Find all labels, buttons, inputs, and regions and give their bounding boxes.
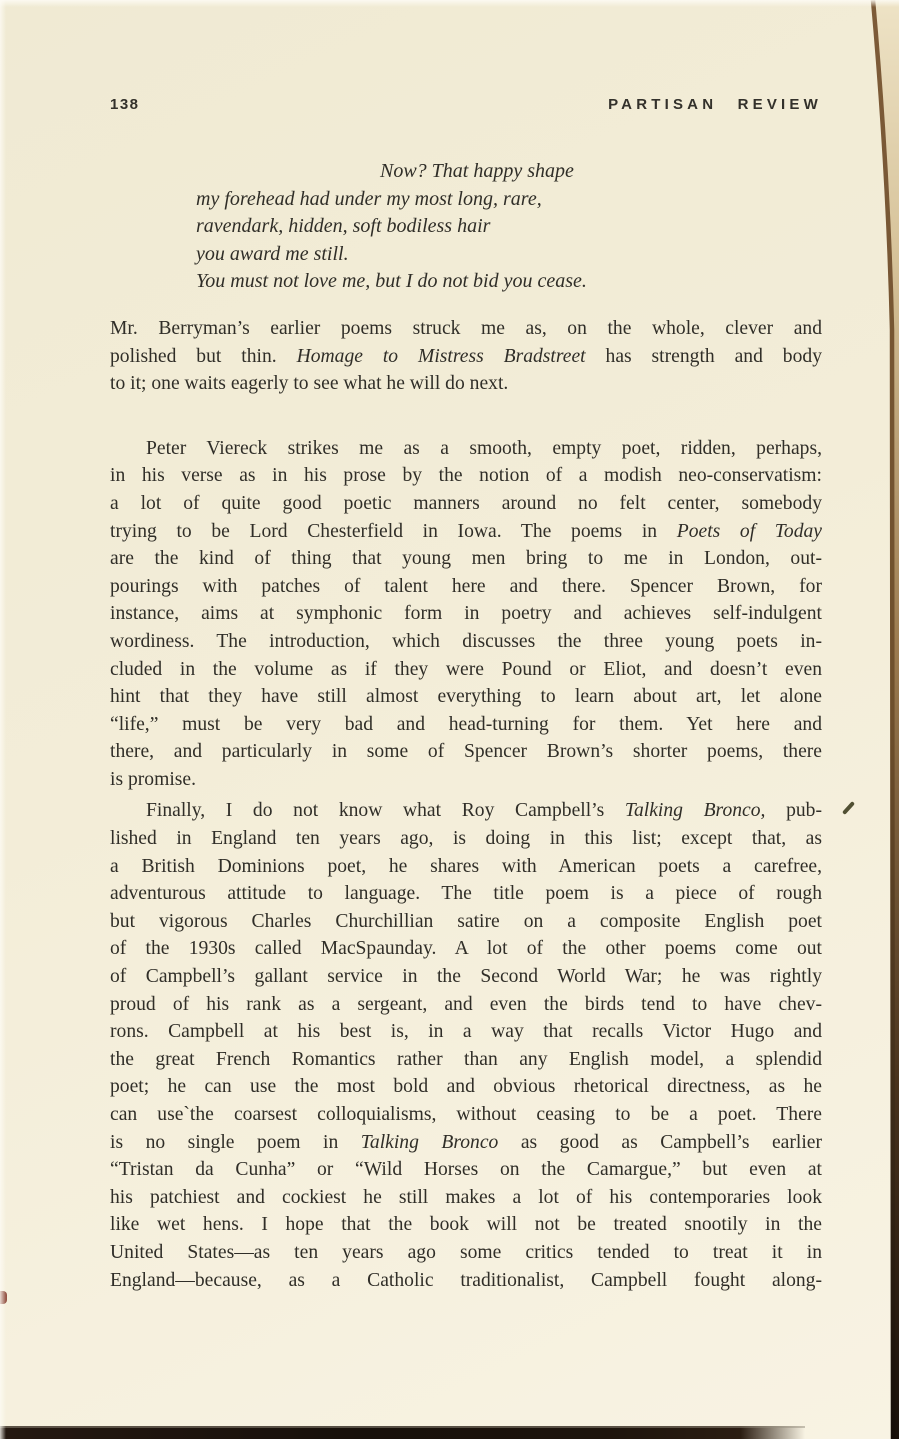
text: adventurous attitude to language. The ti… — [110, 883, 822, 904]
text: wordiness. The introduction, which discu… — [110, 631, 822, 652]
text-line: Peter Viereck strikes me as a smooth, em… — [110, 435, 822, 463]
text: “life,” must be very bad and head-turnin… — [110, 714, 822, 735]
text: pub- — [765, 800, 822, 821]
text: like wet hens. I hope that the book will… — [110, 1214, 822, 1235]
text-line: a lot of quite good poetic manners aroun… — [110, 490, 822, 518]
text-line: poet; he can use the most bold and obvio… — [110, 1073, 822, 1101]
text-line: United States—as ten years ago some crit… — [110, 1239, 822, 1267]
text: lished in England ten years ago, is doin… — [110, 828, 822, 849]
text: my forehead had under my most long, rare… — [196, 188, 542, 210]
text: can use`the coarsest colloquialisms, wit… — [110, 1104, 822, 1125]
running-header: 138 PARTISAN REVIEW — [110, 96, 822, 113]
text: the great French Romantics rather than a… — [110, 1049, 822, 1070]
text: of the 1930s called MacSpaunday. A lot o… — [110, 938, 822, 959]
text: instance, aims at symphonic form in poet… — [110, 603, 822, 624]
text-line: of Campbell’s gallant service in the Sec… — [110, 963, 822, 991]
text-line: but vigorous Charles Churchillian satire… — [110, 908, 822, 936]
text: pourings with patches of talent here and… — [110, 576, 822, 597]
text-line: a British Dominions poet, he shares with… — [110, 853, 822, 881]
italic-text: Talking Bronco, — [625, 800, 766, 821]
poem-excerpt: Now? That happy shapemy forehead had und… — [196, 158, 822, 296]
italic-text: Poets of Today — [677, 521, 822, 542]
text: You must not love me, but I do not bid y… — [196, 270, 587, 292]
text-line: Finally, I do not know what Roy Campbell… — [110, 797, 822, 825]
text: are the kind of thing that young men bri… — [110, 548, 822, 569]
text: ravendark, hidden, soft bodiless hair — [196, 215, 490, 237]
paragraph-viereck: Peter Viereck strikes me as a smooth, em… — [110, 435, 822, 794]
text: polished but thin. — [110, 346, 297, 367]
text-line: of the 1930s called MacSpaunday. A lot o… — [110, 935, 822, 963]
text: to it; one waits eagerly to see what he … — [110, 373, 508, 394]
text: proud of his rank as a sergeant, and eve… — [110, 994, 822, 1015]
text: trying to be Lord Chesterfield in Iowa. … — [110, 521, 677, 542]
text: Peter Viereck strikes me as a smooth, em… — [146, 438, 822, 459]
scan-left-edge — [0, 0, 6, 1439]
text-line: England—because, as a Catholic tradition… — [110, 1267, 822, 1295]
italic-text: Talking Bronco — [361, 1132, 499, 1153]
text-line: trying to be Lord Chesterfield in Iowa. … — [110, 518, 822, 546]
journal-title: PARTISAN REVIEW — [608, 96, 822, 113]
text: of Campbell’s gallant service in the Sec… — [110, 966, 822, 987]
text-line: lished in England ten years ago, is doin… — [110, 825, 822, 853]
text: cluded in the volume as if they were Pou… — [110, 659, 822, 680]
text: has strength and body — [586, 346, 822, 367]
scan-top-edge — [0, 0, 899, 7]
text-line: cluded in the volume as if they were Pou… — [110, 656, 822, 684]
page-number: 138 — [110, 96, 140, 113]
italic-text: Homage to Mistress Bradstreet — [297, 346, 586, 367]
text: Now? That happy shape — [380, 160, 574, 182]
text-line: is no single poem in Talking Bronco as g… — [110, 1129, 822, 1157]
text: England—because, as a Catholic tradition… — [110, 1270, 822, 1291]
text: is no single poem in — [110, 1132, 361, 1153]
text-line: pourings with patches of talent here and… — [110, 573, 822, 601]
scan-bottom-strip — [0, 1426, 805, 1439]
text-line: there, and particularly in some of Spenc… — [110, 738, 822, 766]
text-line: instance, aims at symphonic form in poet… — [110, 600, 822, 628]
text: hint that they have still almost everyth… — [110, 686, 822, 707]
text: Mr. Berryman’s earlier poems struck me a… — [110, 318, 822, 339]
text: Finally, I do not know what Roy Campbell… — [146, 800, 625, 821]
text-line: the great French Romantics rather than a… — [110, 1046, 822, 1074]
text-line: polished but thin. Homage to Mistress Br… — [110, 343, 822, 371]
text-line: in his verse as in his prose by the noti… — [110, 462, 822, 490]
text: as good as Campbell’s earlier — [498, 1132, 822, 1153]
text-line: rons. Campbell at his best is, in a way … — [110, 1018, 822, 1046]
text-line: hint that they have still almost everyth… — [110, 683, 822, 711]
text-line: can use`the coarsest colloquialisms, wit… — [110, 1101, 822, 1129]
text: in his verse as in his prose by the noti… — [110, 465, 822, 486]
text-line: my forehead had under my most long, rare… — [196, 186, 822, 214]
text-line: to it; one waits eagerly to see what he … — [110, 370, 822, 398]
text: is promise. — [110, 769, 196, 790]
text-line: Mr. Berryman’s earlier poems struck me a… — [110, 315, 822, 343]
text: a British Dominions poet, he shares with… — [110, 856, 822, 877]
text-line: is promise. — [110, 766, 822, 794]
text-line: his patchiest and cockiest he still make… — [110, 1184, 822, 1212]
text: rons. Campbell at his best is, in a way … — [110, 1021, 822, 1042]
text: United States—as ten years ago some crit… — [110, 1242, 822, 1263]
book-page-edge — [853, 0, 899, 1439]
text-line: adventurous attitude to language. The ti… — [110, 880, 822, 908]
text-line: Now? That happy shape — [380, 158, 822, 186]
text: there, and particularly in some of Spenc… — [110, 741, 822, 762]
text: a lot of quite good poetic manners aroun… — [110, 493, 822, 514]
text-line: like wet hens. I hope that the book will… — [110, 1211, 822, 1239]
text-line: You must not love me, but I do not bid y… — [196, 268, 822, 296]
text: his patchiest and cockiest he still make… — [110, 1187, 822, 1208]
text-line: “life,” must be very bad and head-turnin… — [110, 711, 822, 739]
text-line: ravendark, hidden, soft bodiless hair — [196, 213, 822, 241]
text-line: wordiness. The introduction, which discu… — [110, 628, 822, 656]
text: poet; he can use the most bold and obvio… — [110, 1076, 822, 1097]
text: but vigorous Charles Churchillian satire… — [110, 911, 822, 932]
paragraph-berryman: Mr. Berryman’s earlier poems struck me a… — [110, 315, 822, 398]
text-line: you award me still. — [196, 241, 822, 269]
text: you award me still. — [196, 243, 349, 265]
text-block: 138 PARTISAN REVIEW Now? That happy shap… — [110, 96, 822, 1294]
text: “Tristan da Cunha” or “Wild Horses on th… — [110, 1159, 822, 1180]
text-line: “Tristan da Cunha” or “Wild Horses on th… — [110, 1156, 822, 1184]
text-line: are the kind of thing that young men bri… — [110, 545, 822, 573]
scanned-page: 138 PARTISAN REVIEW Now? That happy shap… — [0, 0, 899, 1439]
text-line: proud of his rank as a sergeant, and eve… — [110, 991, 822, 1019]
paragraph-campbell: Finally, I do not know what Roy Campbell… — [110, 797, 822, 1294]
